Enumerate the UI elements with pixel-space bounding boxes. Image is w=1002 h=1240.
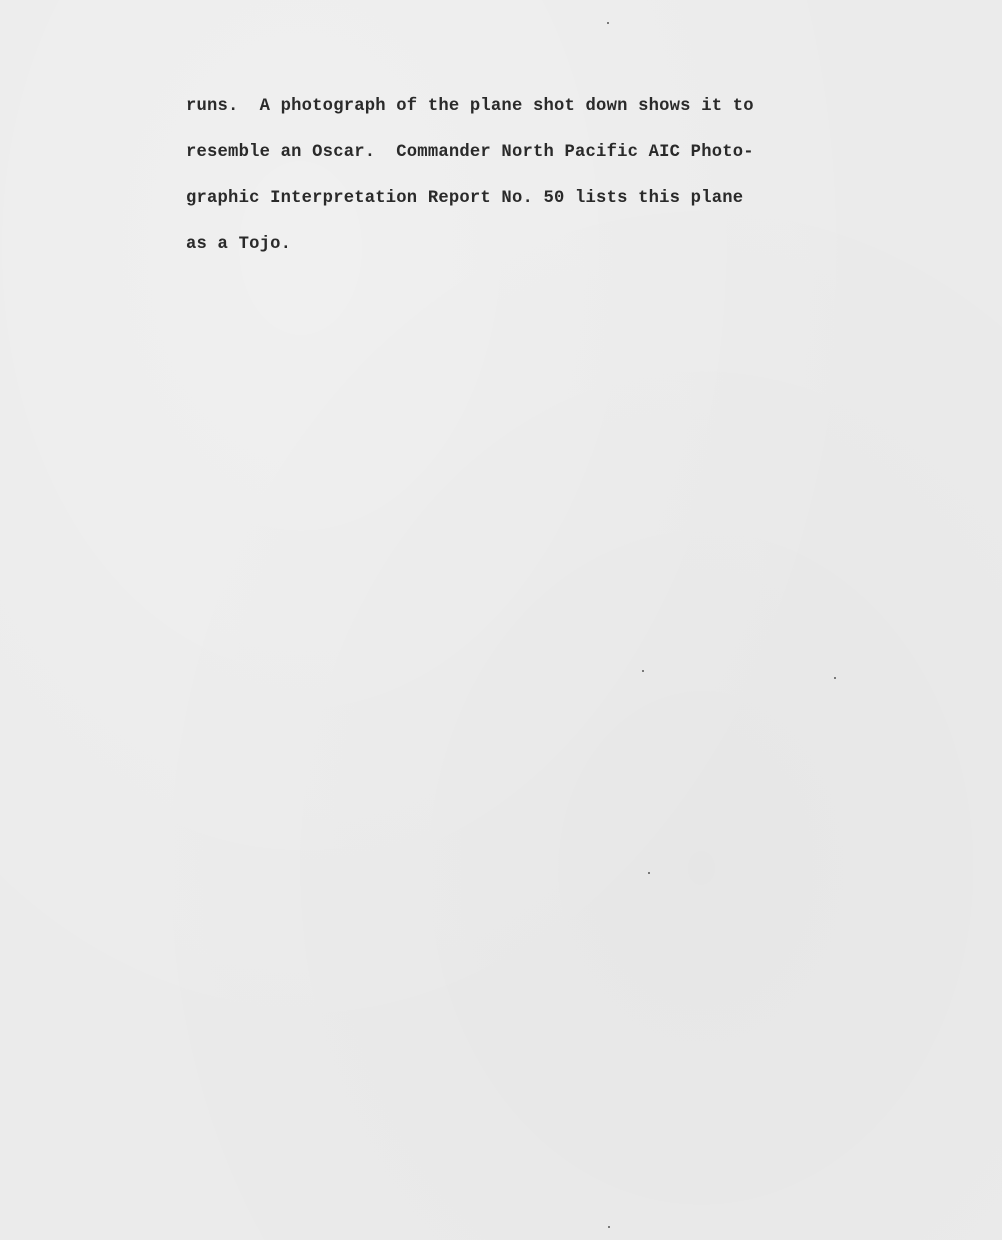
document-page: runs. A photograph of the plane shot dow… (0, 0, 1002, 1240)
paper-speck (834, 677, 836, 679)
paper-speck (648, 872, 650, 874)
text-line-3: graphic Interpretation Report No. 50 lis… (186, 184, 806, 230)
text-line-1: runs. A photograph of the plane shot dow… (186, 92, 806, 138)
paper-speck (607, 22, 609, 24)
paper-speck (608, 1226, 610, 1228)
typewritten-paragraph: runs. A photograph of the plane shot dow… (186, 92, 806, 276)
paper-speck (642, 670, 644, 672)
text-line-2: resemble an Oscar. Commander North Pacif… (186, 138, 806, 184)
text-line-4: as a Tojo. (186, 230, 806, 276)
